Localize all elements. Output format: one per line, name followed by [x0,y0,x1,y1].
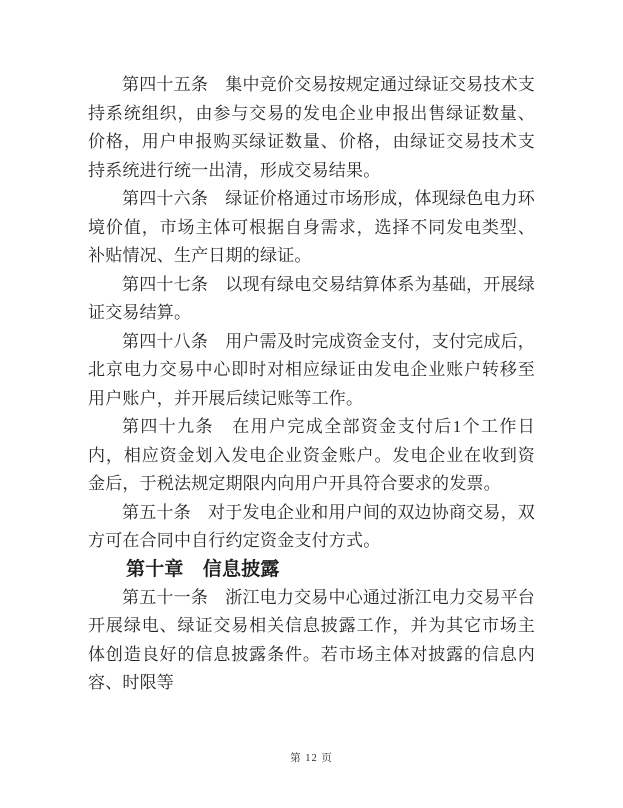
document-text-block: 第四十五条 集中竞价交易按规定通过绿证交易技术支持系统组织，由参与交易的发电企业… [88,71,535,698]
article-48-paragraph: 第四十八条 用户需及时完成资金支付，支付完成后，北京电力交易中心即时对相应绿证由… [88,328,535,414]
article-45-paragraph: 第四十五条 集中竞价交易按规定通过绿证交易技术支持系统组织，由参与交易的发电企业… [88,71,535,185]
article-47-paragraph: 第四十七条 以现有绿电交易结算体系为基础，开展绿证交易结算。 [88,271,535,328]
chapter-10-heading: 第十章 信息披露 [88,556,535,584]
document-page: 第四十五条 集中竞价交易按规定通过绿证交易技术支持系统组织，由参与交易的发电企业… [0,0,623,808]
article-46-paragraph: 第四十六条 绿证价格通过市场形成，体现绿色电力环境价值，市场主体可根据自身需求，… [88,185,535,271]
article-50-paragraph: 第五十条 对于发电企业和用户间的双边协商交易，双方可在合同中自行约定资金支付方式… [88,499,535,556]
article-51-paragraph: 第五十一条 浙江电力交易中心通过浙江电力交易平台开展绿电、绿证交易相关信息披露工… [88,584,535,698]
article-49-paragraph: 第四十九条 在用户完成全部资金支付后1个工作日内，相应资金划入发电企业资金账户。… [88,413,535,499]
page-number-footer: 第 12 页 [0,750,623,765]
